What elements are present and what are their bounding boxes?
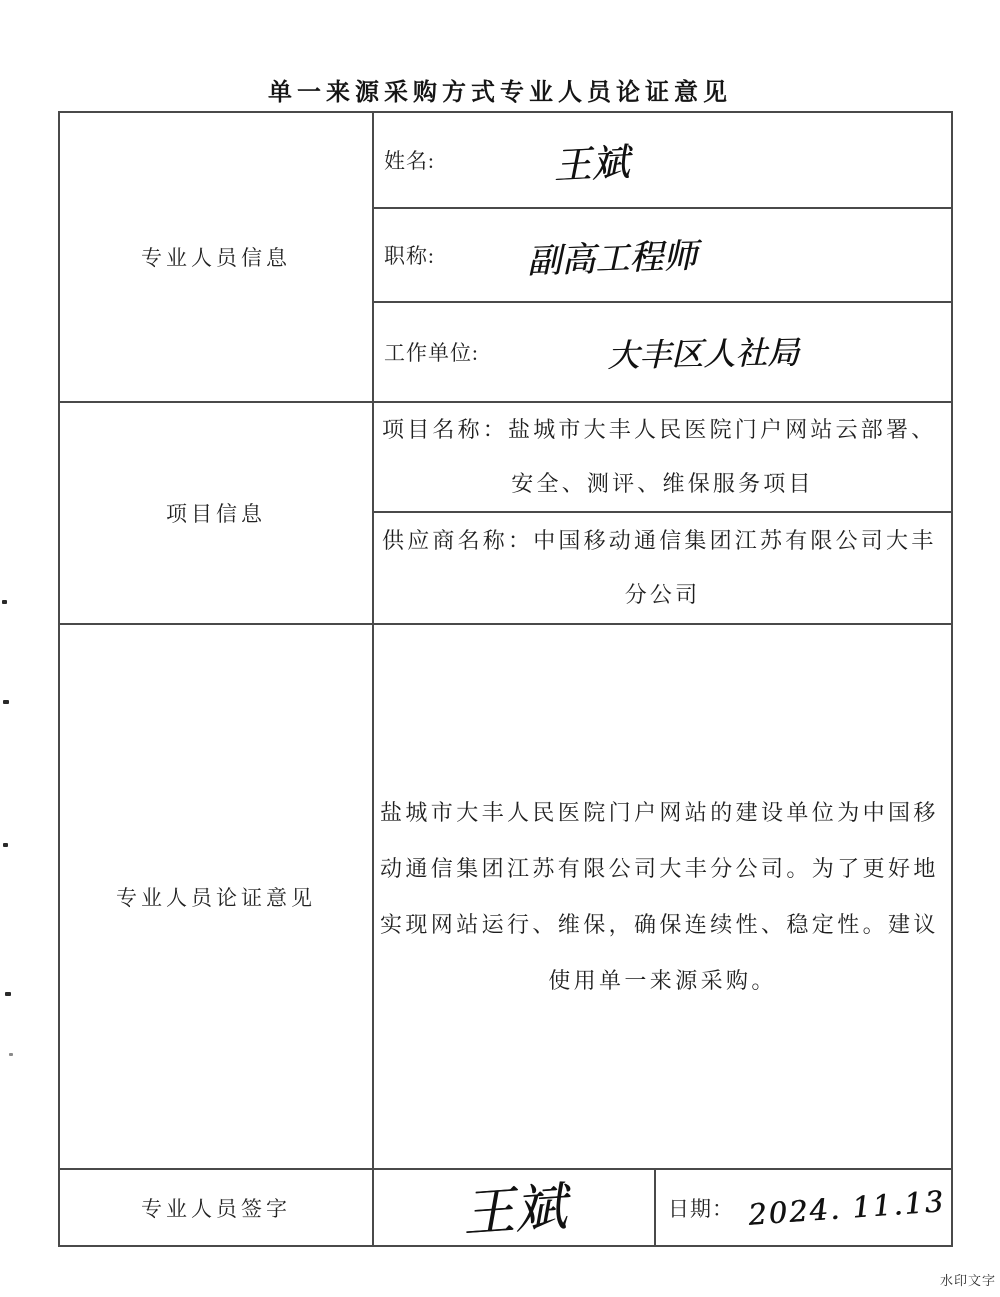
section-opinion-label: 专业人员论证意见 <box>116 886 316 910</box>
date-label: 日期： <box>668 1193 734 1223</box>
supplier-name-cell: 供应商名称：中国移动通信集团江苏有限公司大丰 分公司 <box>373 512 952 624</box>
section-signature-label: 专业人员签字 <box>141 1197 291 1221</box>
section-personnel-info-label: 专业人员信息 <box>141 246 291 270</box>
section-signature: 专业人员签字 <box>59 1169 373 1246</box>
project-name-line2: 安全、测评、维保服务项目 <box>374 457 951 511</box>
scan-speck <box>9 1053 13 1056</box>
opinion-cell: 盐城市大丰人民医院门户网站的建设单位为中国移 动通信集团江苏有限公司大丰分公司。… <box>373 624 952 1169</box>
scan-speck <box>5 992 11 996</box>
scan-speck <box>2 600 7 604</box>
signature-handwritten-value: 王斌 <box>459 1164 568 1246</box>
scan-speck <box>3 843 8 847</box>
watermark-text: 水印文字 <box>940 1270 996 1289</box>
job-title-handwritten-value: 副高工程师 <box>526 228 698 283</box>
opinion-line-2: 动通信集团江苏有限公司大丰分公司。为了更好地 <box>374 841 951 897</box>
section-personnel-info: 专业人员信息 <box>59 112 373 402</box>
work-unit-cell: 工作单位: 大丰区人社局 <box>373 302 952 402</box>
opinion-line-3: 实现网站运行、维保，确保连续性、稳定性。建议 <box>374 897 951 953</box>
date-cell: 日期： 2024. 11.13 <box>655 1169 952 1246</box>
name-label: 姓名: <box>384 145 435 175</box>
opinion-line-1: 盐城市大丰人民医院门户网站的建设单位为中国移 <box>374 785 951 841</box>
work-unit-handwritten-value: 大丰区人社局 <box>606 327 799 376</box>
work-unit-label: 工作单位: <box>384 337 479 367</box>
section-project-info-label: 项目信息 <box>166 502 266 526</box>
name-handwritten-value: 王斌 <box>551 131 630 190</box>
date-handwritten-value: 2024. 11.13 <box>747 1184 946 1232</box>
document-title: 单一来源采购方式专业人员论证意见 <box>0 72 1000 107</box>
opinion-text: 盐城市大丰人民医院门户网站的建设单位为中国移 动通信集团江苏有限公司大丰分公司。… <box>374 785 951 1009</box>
project-name-cell: 项目名称：盐城市大丰人民医院门户网站云部署、 安全、测评、维保服务项目 <box>373 402 952 512</box>
scan-speck <box>3 700 9 704</box>
section-project-info: 项目信息 <box>59 402 373 624</box>
section-opinion: 专业人员论证意见 <box>59 624 373 1169</box>
supplier-name-line1: 供应商名称：中国移动通信集团江苏有限公司大丰 <box>374 514 951 568</box>
form-table: 专业人员信息 姓名: 王斌 职称: 副高工程师 <box>58 111 953 1247</box>
signature-cell: 王斌 <box>373 1169 655 1246</box>
scanned-document-page: 单一来源采购方式专业人员论证意见 专业人员信息 姓名: 王斌 <box>0 0 1000 1297</box>
job-title-label: 职称: <box>384 240 435 270</box>
project-name-line1: 项目名称：盐城市大丰人民医院门户网站云部署、 <box>374 403 951 457</box>
job-title-cell: 职称: 副高工程师 <box>373 208 952 302</box>
opinion-line-4: 使用单一来源采购。 <box>374 953 951 1009</box>
supplier-name-line2: 分公司 <box>374 568 951 622</box>
name-cell: 姓名: 王斌 <box>373 112 952 208</box>
